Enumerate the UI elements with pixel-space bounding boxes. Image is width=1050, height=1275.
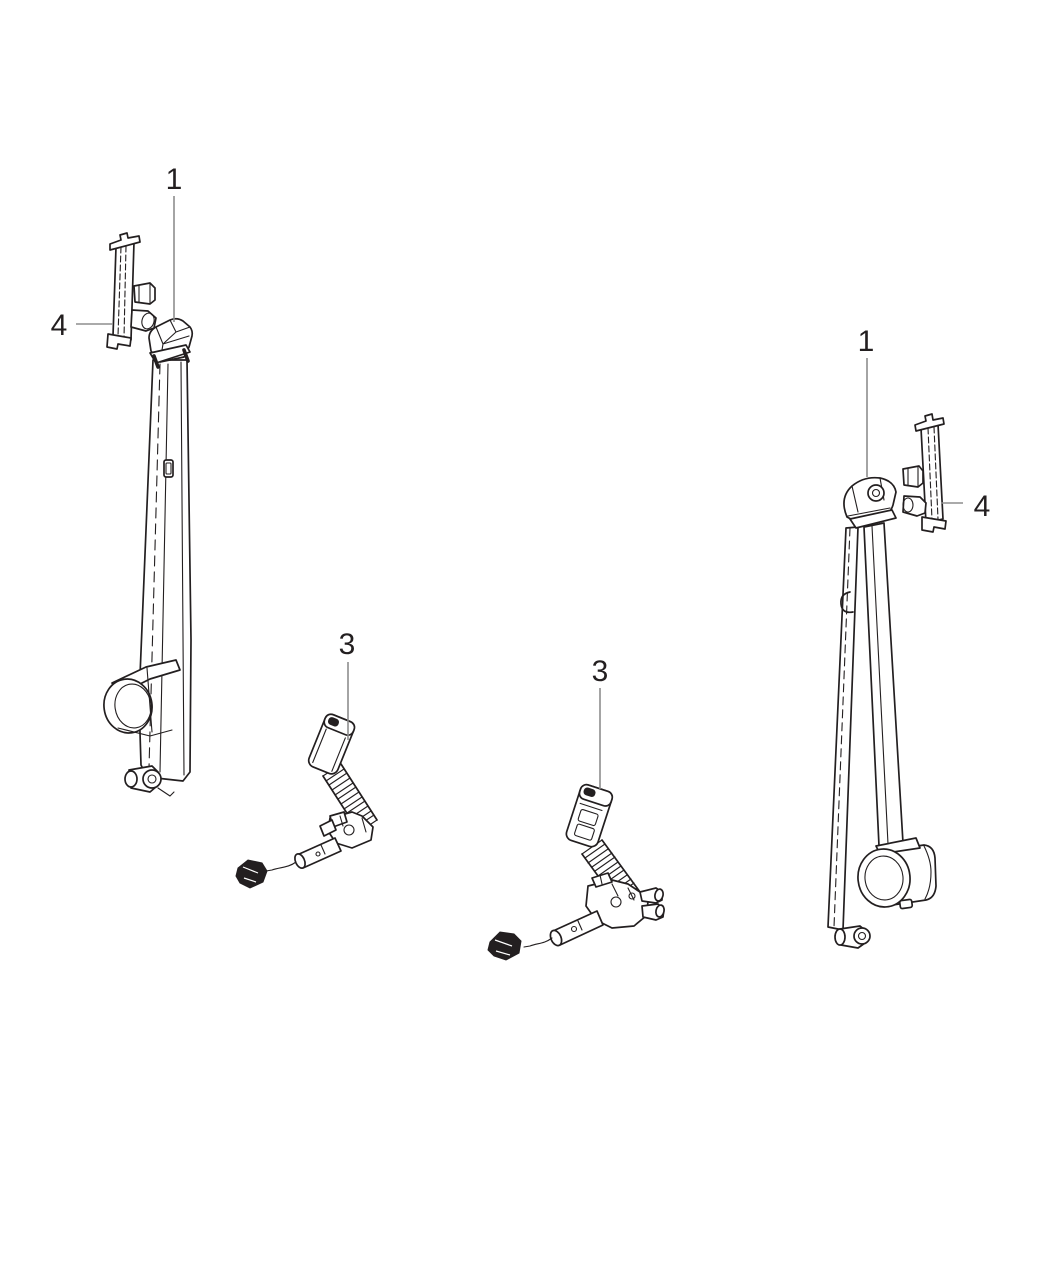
right-seat-belt-assembly — [828, 478, 936, 948]
buckle-head — [307, 712, 357, 776]
callout-label: 3 — [339, 628, 356, 661]
callout-label: 1 — [166, 163, 183, 196]
callout-label: 3 — [592, 655, 609, 688]
callout-1-right: 1 — [858, 325, 875, 477]
callout-1-left: 1 — [166, 163, 183, 322]
retractor-strap — [864, 523, 903, 846]
parts-diagram-canvas: 1 4 3 3 1 4 — [0, 0, 1050, 1275]
callout-3-center-right: 3 — [592, 655, 609, 789]
pretensioner-wire — [524, 938, 552, 947]
left-seat-belt-assembly — [100, 319, 192, 796]
right-height-adjuster-bracket — [903, 414, 946, 532]
wire-connector — [236, 860, 267, 888]
wire-connector — [488, 932, 521, 960]
right-adjuster-knob-upper — [903, 466, 923, 487]
callout-label: 1 — [858, 325, 875, 358]
left-adjuster-knob-upper — [134, 283, 155, 304]
left-height-adjuster-bracket — [107, 233, 156, 349]
center-left-buckle-pretensioner — [236, 712, 377, 888]
callout-4-right: 4 — [941, 490, 990, 523]
center-right-buckle-pretensioner — [488, 783, 665, 960]
right-adjuster-knob-lower — [903, 496, 926, 516]
callout-label: 4 — [974, 490, 991, 523]
buckle-head — [565, 783, 614, 848]
guide-pivot — [868, 485, 884, 501]
pretensioner-wire — [266, 862, 296, 871]
shoulder-strap — [828, 527, 858, 930]
seat-belt-parts-diagram: 1 4 3 3 1 4 — [0, 0, 1050, 1275]
callout-label: 4 — [51, 309, 68, 342]
callout-4-left: 4 — [51, 309, 113, 342]
